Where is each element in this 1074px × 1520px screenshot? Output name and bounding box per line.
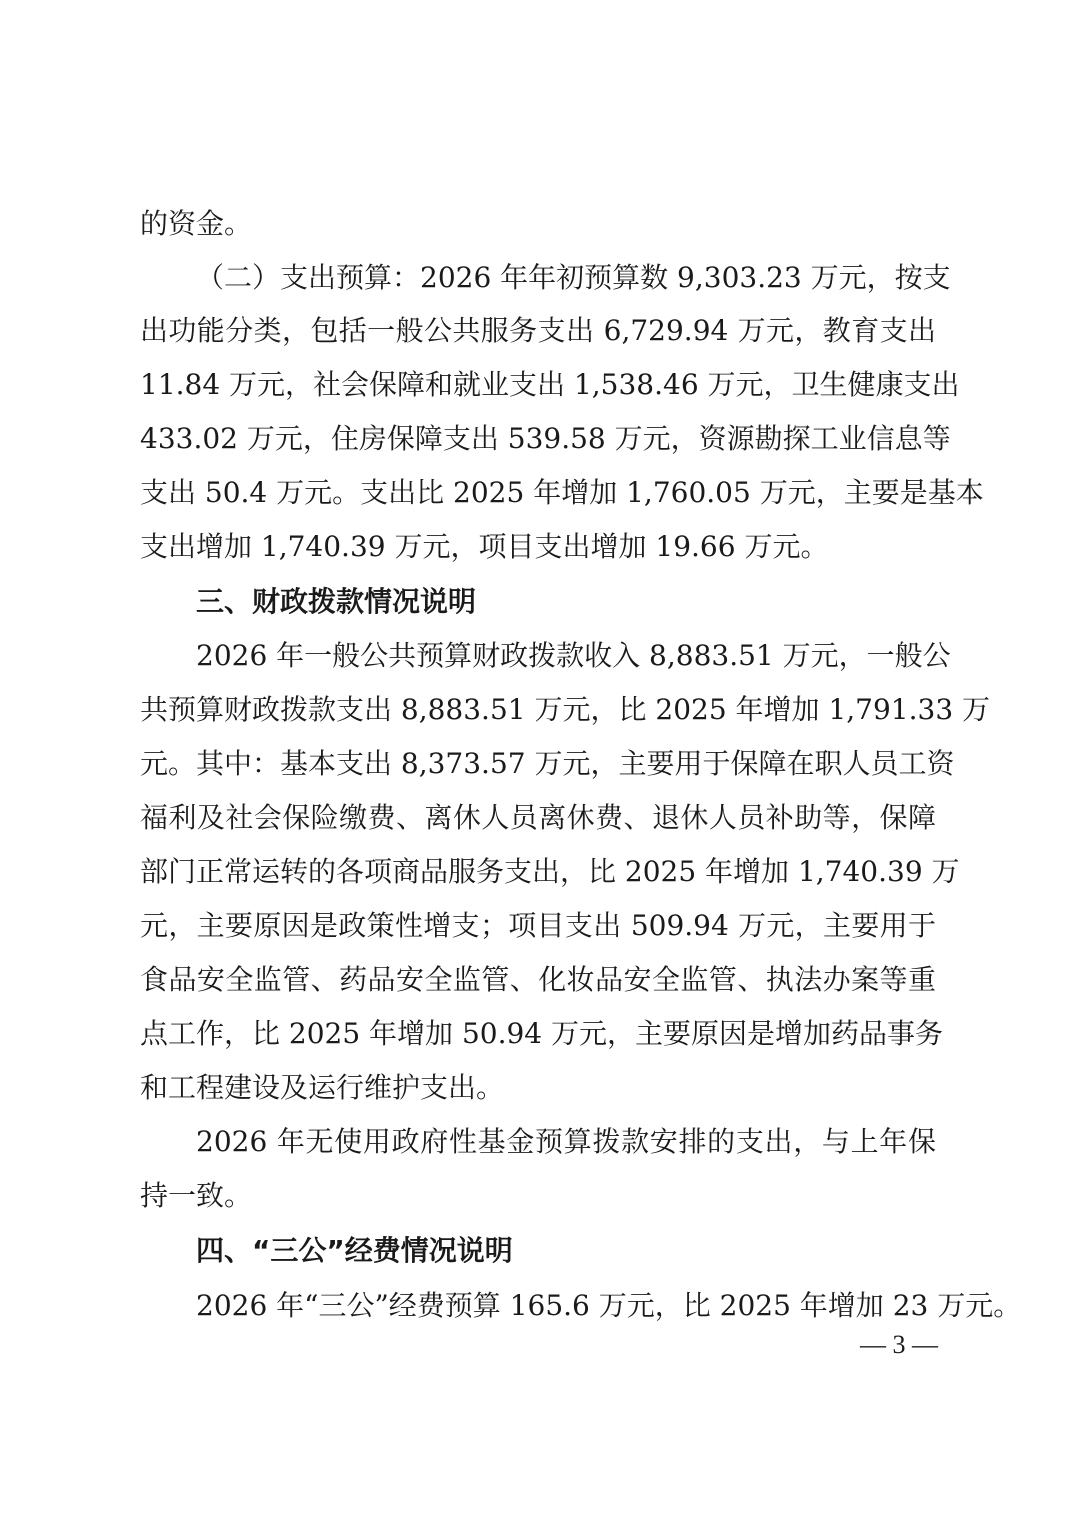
section-heading-fiscal-allocation: 三、财政拨款情况说明 xyxy=(196,584,476,620)
paragraph-line: 2026 年“三公”经费预算 165.6 万元，比 2025 年增加 23 万元… xyxy=(196,1288,936,1324)
paragraph-line: 11.84 万元，社会保障和就业支出 1,538.46 万元，卫生健康支出 xyxy=(140,367,936,403)
paragraph-line: 福利及社会保险缴费、离休人员离休费、退休人员补助等，保障 xyxy=(140,800,936,836)
paragraph-line: 出功能分类，包括一般公共服务支出 6,729.94 万元，教育支出 xyxy=(140,313,936,349)
paragraph-line: 支出增加 1,740.39 万元，项目支出增加 19.66 万元。 xyxy=(140,529,936,565)
section-heading-three-public-expenses: 四、“三公”经费情况说明 xyxy=(196,1233,513,1269)
paragraph-line: 支出 50.4 万元。支出比 2025 年增加 1,760.05 万元，主要是基… xyxy=(140,475,936,511)
paragraph-line: 元。其中：基本支出 8,373.57 万元，主要用于保障在职人员工资 xyxy=(140,746,936,782)
paragraph-line: 食品安全监管、药品安全监管、化妆品安全监管、执法办案等重 xyxy=(140,962,936,998)
paragraph-line: 持一致。 xyxy=(140,1178,936,1214)
paragraph-line: 和工程建设及运行维护支出。 xyxy=(140,1070,936,1106)
paragraph-line: 的资金。 xyxy=(140,206,936,242)
paragraph-line: 元，主要原因是政策性增支；项目支出 509.94 万元，主要用于 xyxy=(140,908,936,944)
paragraph-line: 点工作，比 2025 年增加 50.94 万元，主要原因是增加药品事务 xyxy=(140,1016,936,1052)
page-number: — 3 — xyxy=(860,1328,936,1362)
document-page: 的资金。 （二）支出预算：2026 年年初预算数 9,303.23 万元，按支 … xyxy=(0,0,1074,1520)
paragraph-line: 2026 年一般公共预算财政拨款收入 8,883.51 万元，一般公 xyxy=(196,638,936,674)
paragraph-line: 部门正常运转的各项商品服务支出，比 2025 年增加 1,740.39 万 xyxy=(140,854,936,890)
paragraph-line: 共预算财政拨款支出 8,883.51 万元，比 2025 年增加 1,791.3… xyxy=(140,692,936,728)
paragraph-line: 2026 年无使用政府性基金预算拨款安排的支出，与上年保 xyxy=(196,1124,936,1160)
paragraph-line: （二）支出预算：2026 年年初预算数 9,303.23 万元，按支 xyxy=(196,260,936,296)
paragraph-line: 433.02 万元，住房保障支出 539.58 万元，资源勘探工业信息等 xyxy=(140,421,936,457)
